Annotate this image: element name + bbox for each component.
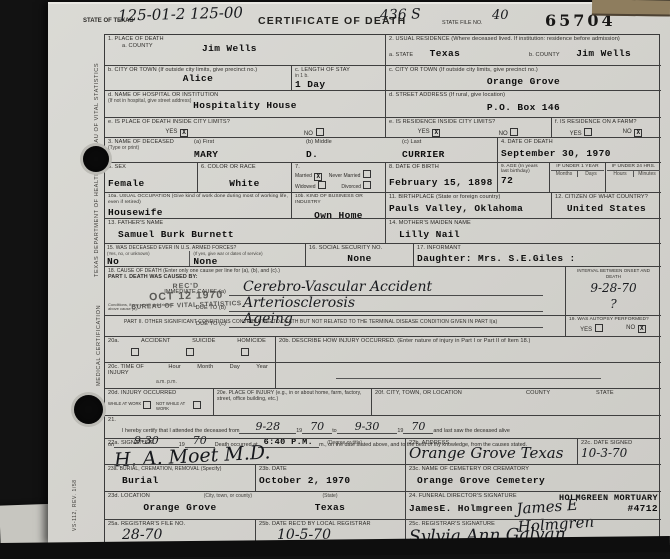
no-checkbox: X — [634, 129, 642, 137]
birthplace-field: 11. BIRTHPLACE (State or foreign country… — [385, 192, 551, 218]
hole-punch-top — [83, 146, 109, 172]
deceased-label-block: 3. NAME OF DECEASED (Type or print) — [108, 139, 194, 160]
residence-inside-city-limits-field: e. IS RESIDENCE INSIDE CITY LIMITS? YES … — [385, 117, 551, 137]
hole-punch-bottom — [74, 395, 103, 424]
hospital-name-field: d. NAME OF HOSPITAL OR INSTITUTION (If n… — [105, 90, 385, 117]
marital-row-1: Married X Never Married — [295, 170, 382, 181]
field-label: 10a. USUAL OCCUPATION (Give kind of work… — [108, 194, 288, 207]
field-value: D. — [306, 149, 402, 160]
yes-checkbox: X — [180, 129, 188, 137]
field-label: STATE — [596, 390, 658, 396]
field-label: (c) Last — [402, 139, 445, 145]
no-option: NO X — [626, 325, 647, 333]
field-label: INTERVAL BETWEEN ONSET AND DEATH — [569, 268, 658, 281]
field-value: Lilly Nail — [399, 229, 658, 240]
field-label: 20e. PLACE OF INJURY (e.g., in or about … — [217, 390, 368, 403]
funeral-director-typed-name: JamesE. Holmgreen — [409, 503, 513, 514]
first-name-subfield: (a) First MARY — [194, 139, 306, 160]
if-under-1-year-field: IF UNDER 1 YEAR Months Days — [549, 162, 605, 192]
armed-forces-answer: (Yes, no, or unknown) No — [107, 251, 189, 267]
months-label: Months — [551, 171, 578, 177]
divorced-checkbox — [363, 181, 371, 189]
field-label: f. IS RESIDENCE ON A FARM? — [555, 119, 658, 125]
field-value: Orange Grove — [108, 502, 252, 513]
field-value: Alice — [108, 73, 288, 84]
field-value: September 30, 1970 — [501, 148, 658, 159]
field-label: 12. CITIZEN OF WHAT COUNTRY? — [555, 194, 658, 200]
field-value: October 2, 1970 — [259, 475, 402, 486]
field-label: 13. FATHER'S NAME — [108, 220, 382, 226]
field-label: 4. DATE OF DEATH — [501, 139, 658, 145]
interval-b-value: ? — [569, 297, 658, 311]
armed-forces-service: (If yes, give war or dates of service) N… — [189, 251, 262, 267]
field-value: P.O. Box 146 — [389, 102, 658, 113]
field-value: Jim Wells — [576, 48, 631, 59]
field-value: Female — [108, 178, 194, 189]
field-label: 9. AGE (In years last birthday) — [501, 164, 546, 175]
field-label: 20c. TIME OF INJURY — [108, 364, 152, 377]
usual-occupation-field: 10a. USUAL OCCUPATION (Give kind of work… — [105, 192, 291, 218]
scanned-death-certificate: STATE OF TEXAS 125-01-2 125-00 CERTIFICA… — [0, 0, 670, 559]
field-value: White — [201, 178, 288, 189]
yes-checkbox: X — [432, 129, 440, 137]
interval-a-value: 9-28-70 — [569, 281, 658, 295]
field-value: Texas — [430, 48, 461, 59]
field-label: c. CITY OR TOWN (If outside city limits,… — [389, 67, 658, 73]
field-label: 1. PLACE OF DEATH — [108, 36, 382, 42]
due-to-b-label: DUE TO (b) — [178, 305, 229, 311]
field-label: 23a. BURIAL, CREMATION, REMOVAL (Specify… — [108, 466, 252, 472]
fathers-name-field: 13. FATHER'S NAME Samuel Burk Burnett — [105, 218, 385, 243]
name-of-deceased-field: 3. NAME OF DECEASED (Type or print) (a) … — [105, 137, 497, 162]
field-value: CURRIER — [402, 149, 445, 160]
city-of-death-field: b. CITY OR TOWN (If outside city limits,… — [105, 65, 291, 90]
middle-name-subfield: (b) Middle D. — [306, 139, 402, 160]
social-security-field: 16. SOCIAL SECURITY NO. None — [305, 243, 413, 266]
field-value: Burial — [122, 475, 252, 486]
date-signed-field: 22c. DATE SIGNED 10-3-70 — [577, 438, 661, 464]
physician-address-field: 22b. ADDRESS Orange Grove Texas — [405, 438, 577, 464]
injury-occurred-field: 20d. INJURY OCCURRED WHILE AT WORK NOT W… — [105, 388, 213, 415]
yes-option: YES X — [165, 129, 189, 137]
yes-checkbox — [584, 128, 592, 136]
field-label: 20b. DESCRIBE HOW INJURY OCCURRED. (Ente… — [279, 338, 658, 344]
certificate-form-grid: 1. PLACE OF DEATH a. COUNTY Jim Wells 2.… — [104, 34, 660, 546]
business-industry-field: 10b. KIND OF BUSINESS OR INDUSTRY Own Ho… — [291, 192, 385, 218]
field-value: Texas — [258, 502, 402, 513]
citizen-field: 12. CITIZEN OF WHAT COUNTRY? United Stat… — [551, 192, 661, 218]
accident-checkbox — [131, 348, 139, 356]
date-of-death-field: 4. DATE OF DEATH September 30, 1970 — [497, 137, 661, 162]
attended-from-date: 9-28 — [239, 420, 296, 434]
field-value: Daughter: Mrs. S.E.Giles : — [417, 253, 658, 264]
homicide-checkbox — [241, 348, 249, 356]
minutes-label: Minutes — [634, 171, 660, 177]
field-label: 20f. CITY, TOWN, OR LOCATION — [375, 390, 520, 396]
no-checkbox — [316, 128, 324, 136]
married-checkbox: X — [314, 173, 322, 181]
accident-label: ACCIDENT — [141, 338, 170, 344]
field-label: IF UNDER 1 YEAR — [551, 164, 604, 170]
cause-of-death-field: 18. CAUSE OF DEATH (Enter only one cause… — [105, 266, 565, 315]
attended-from-year: 70 — [302, 420, 332, 434]
burial-type-field: 23a. BURIAL, CREMATION, REMOVAL (Specify… — [105, 464, 255, 491]
field-value: February 15, 1898 — [389, 177, 494, 188]
mothers-maiden-name-field: 14. MOTHER'S MAIDEN NAME Lilly Nail — [385, 218, 661, 243]
no-option: NO X — [623, 129, 644, 137]
physician-signature-field: 22a. SIGNATURE (Degree or title) H. A. M… — [105, 438, 405, 464]
field-value: Jim Wells — [202, 43, 257, 54]
injury-county-field: COUNTY — [523, 388, 593, 415]
time-of-injury-field: 20c. TIME OF INJURY Hour Month Day Year … — [105, 362, 275, 388]
manner-of-death-field: 20a. ACCIDENT SUICIDE HOMICIDE — [105, 336, 275, 362]
while-at-work-label: WHILE AT WORK — [108, 401, 142, 411]
field-value: 1 Day — [295, 79, 382, 90]
field-label: 6. COLOR OR RACE — [201, 164, 288, 170]
injury-city-field: 20f. CITY, TOWN, OR LOCATION — [371, 388, 523, 415]
handwritten-header-numbers: 125-01-2 125-00 — [118, 3, 243, 24]
field-value: Orange Grove Cemetery — [417, 475, 658, 486]
year-label: Year — [256, 364, 272, 377]
homicide-label: HOMICIDE — [237, 338, 272, 344]
certify-text-2: and last saw the deceased alive — [433, 428, 509, 434]
suicide-checkbox — [186, 348, 194, 356]
interval-field: INTERVAL BETWEEN ONSET AND DEATH 9-28-70… — [565, 266, 661, 315]
place-of-death-county-field: 1. PLACE OF DEATH a. COUNTY Jim Wells — [105, 35, 385, 65]
date-signed-value: 10-3-70 — [581, 446, 658, 460]
attended-to-year: 70 — [403, 420, 433, 434]
field-label: 16. SOCIAL SECURITY NO. — [309, 245, 410, 251]
certificate-paper: STATE OF TEXAS 125-01-2 125-00 CERTIFICA… — [48, 2, 670, 545]
field-label: 5. SEX — [108, 164, 194, 170]
hours-label: Hours — [607, 171, 634, 177]
while-at-work-checkbox — [143, 401, 151, 409]
due-to-b-value: Arteriosclerosis — [229, 295, 543, 312]
age-field: 9. AGE (In years last birthday) 72 — [497, 162, 549, 192]
hour-label: Hour — [168, 364, 181, 377]
describe-injury-field: 20b. DESCRIBE HOW INJURY OCCURRED. (Ente… — [275, 336, 661, 362]
field-label: 22a. SIGNATURE — [108, 440, 154, 446]
not-while-at-work-checkbox — [193, 401, 201, 409]
field-label: 14. MOTHER'S MAIDEN NAME — [389, 220, 658, 226]
field-sublabel: (Type or print) — [108, 145, 194, 151]
marital-row-2: Widowed Divorced — [295, 181, 382, 192]
overlapping-document-corner — [592, 0, 670, 17]
field-label: PART II. OTHER SIGNIFICANT CONDITIONS CO… — [108, 317, 562, 325]
length-of-stay-field: c. LENGTH OF STAY in 1 b. 1 Day — [291, 65, 385, 90]
usual-residence-field: 2. USUAL RESIDENCE (Where deceased lived… — [385, 35, 661, 65]
field-sublabel: (City, town, or county) — [204, 493, 252, 499]
place-of-injury-field: 20e. PLACE OF INJURY (e.g., in or about … — [213, 388, 371, 415]
handwritten-mid-number: 436 S — [380, 6, 421, 23]
physician-address-value: Orange Grove Texas — [409, 444, 574, 462]
immediate-cause-label: IMMEDIATE CAUSE (a) — [108, 289, 229, 295]
part2-conditions-field: PART II. OTHER SIGNIFICANT CONDITIONS CO… — [105, 315, 565, 336]
burial-date-field: 23b. DATE October 2, 1970 — [255, 464, 405, 491]
street-address-field: d. STREET ADDRESS (If rural, give locati… — [385, 90, 661, 117]
ampm-label: a.m. p.m. — [156, 379, 272, 385]
armed-forces-field: 15. WAS DECEASED EVER IN U.S. ARMED FORC… — [105, 243, 305, 266]
conditions-note: Conditions, if any, which gave rise to a… — [108, 303, 178, 312]
autopsy-field: 19. WAS AUTOPSY PERFORMED? YES NO X — [565, 315, 661, 336]
residence-county-subfield: b. COUNTY Jim Wells — [529, 43, 631, 61]
if-under-24-hrs-field: IF UNDER 24 HRS. Hours Minutes — [605, 162, 661, 192]
burial-state-field: (State) Texas — [255, 491, 405, 519]
day-label: Day — [230, 364, 240, 377]
sex-field: 5. SEX Female — [105, 162, 197, 192]
field-value: MARY — [194, 149, 306, 160]
date-of-birth-field: 8. DATE OF BIRTH February 15, 1898 — [385, 162, 497, 192]
field-label: 23d. LOCATION — [108, 493, 150, 499]
never-married-checkbox — [363, 170, 371, 178]
margin-form-number: VS-112, REV. 1/58 — [72, 436, 78, 531]
not-while-at-work-label: NOT WHILE AT WORK — [156, 401, 192, 411]
death-inside-city-limits-field: e. IS PLACE OF DEATH INSIDE CITY LIMITS?… — [105, 117, 385, 137]
field-value: Samuel Burk Burnett — [118, 229, 382, 240]
yes-option: YES X — [418, 129, 442, 137]
field-label: 20a. — [108, 338, 119, 344]
field-label: (b) Middle — [306, 139, 402, 145]
field-label: (a) First — [194, 139, 306, 145]
field-label: a. STATE — [389, 52, 413, 58]
month-label: Month — [197, 364, 213, 377]
field-value: Orange Grove — [389, 76, 658, 87]
field-label: 20d. INJURY OCCURRED — [108, 390, 210, 396]
field-value: Housewife — [108, 207, 288, 218]
suicide-label: SUICIDE — [192, 338, 215, 344]
last-name-subfield: (c) Last CURRIER — [402, 139, 445, 160]
field-label: a. COUNTY — [108, 43, 202, 54]
field-label: e. IS PLACE OF DEATH INSIDE CITY LIMITS? — [108, 119, 382, 125]
injury-state-field: STATE — [593, 388, 661, 415]
widowed-checkbox — [318, 181, 326, 189]
handwritten-file-number: 40 — [492, 8, 509, 23]
residence-on-farm-field: f. IS RESIDENCE ON A FARM? YES NO X — [551, 117, 661, 137]
field-value: United States — [555, 203, 658, 214]
attended-to-date: 9-30 — [337, 420, 398, 434]
field-label: 24. FUNERAL DIRECTOR'S SIGNATURE — [409, 493, 517, 499]
margin-medical-certification-caption: MEDICAL CERTIFICATION — [96, 276, 102, 386]
informant-field: 17. INFORMANT Daughter: Mrs. S.E.Giles : — [413, 243, 661, 266]
field-value: Pauls Valley, Oklahoma — [389, 203, 548, 214]
days-label: Days — [578, 171, 604, 177]
burial-location-field: 23d. LOCATION (City, town, or county) Or… — [105, 491, 255, 519]
yes-checkbox — [595, 324, 603, 332]
field-label: 17. INFORMANT — [417, 245, 658, 251]
field-label: COUNTY — [526, 390, 590, 396]
injury-answer-blank — [275, 362, 661, 388]
no-checkbox: X — [638, 325, 646, 333]
funeral-director-field: 24. FUNERAL DIRECTOR'S SIGNATURE HOLMGRE… — [405, 491, 661, 519]
marital-status-field: 7. Married X Never Married Widowed Divor… — [291, 162, 385, 192]
field-label: 2. USUAL RESIDENCE (Where deceased lived… — [389, 36, 658, 42]
cemetery-name-field: 23c. NAME OF CEMETERY OR CREMATORY Orang… — [405, 464, 661, 491]
field-label: d. STREET ADDRESS (If rural, give locati… — [389, 92, 658, 98]
residence-city-field: c. CITY OR TOWN (If outside city limits,… — [385, 65, 661, 90]
field-value: 72 — [501, 175, 546, 186]
field-label: 10b. KIND OF BUSINESS OR INDUSTRY — [295, 194, 382, 207]
field-label: e. IS RESIDENCE INSIDE CITY LIMITS? — [389, 119, 548, 125]
field-label: 11. BIRTHPLACE (State or foreign country… — [389, 194, 548, 200]
field-label: b. COUNTY — [529, 52, 560, 58]
immediate-cause-value: Cerebro-Vascular Accident — [229, 279, 543, 296]
blank-answer-line — [336, 378, 601, 379]
field-sublabel: (State) — [258, 493, 402, 499]
no-checkbox — [510, 128, 518, 136]
state-file-no-label: STATE FILE NO. — [442, 20, 483, 26]
color-or-race-field: 6. COLOR OR RACE White — [197, 162, 291, 192]
field-label: 8. DATE OF BIRTH — [389, 164, 494, 170]
field-value: None — [309, 253, 410, 264]
field-label: 19. WAS AUTOPSY PERFORMED? — [569, 317, 658, 323]
residence-state-subfield: a. STATE Texas — [389, 43, 529, 61]
yes-option: YES — [580, 324, 604, 333]
field-label: 23b. DATE — [259, 466, 402, 472]
field-label: 23c. NAME OF CEMETERY OR CREMATORY — [409, 466, 658, 472]
field-label: IF UNDER 24 HRS. — [607, 164, 660, 170]
